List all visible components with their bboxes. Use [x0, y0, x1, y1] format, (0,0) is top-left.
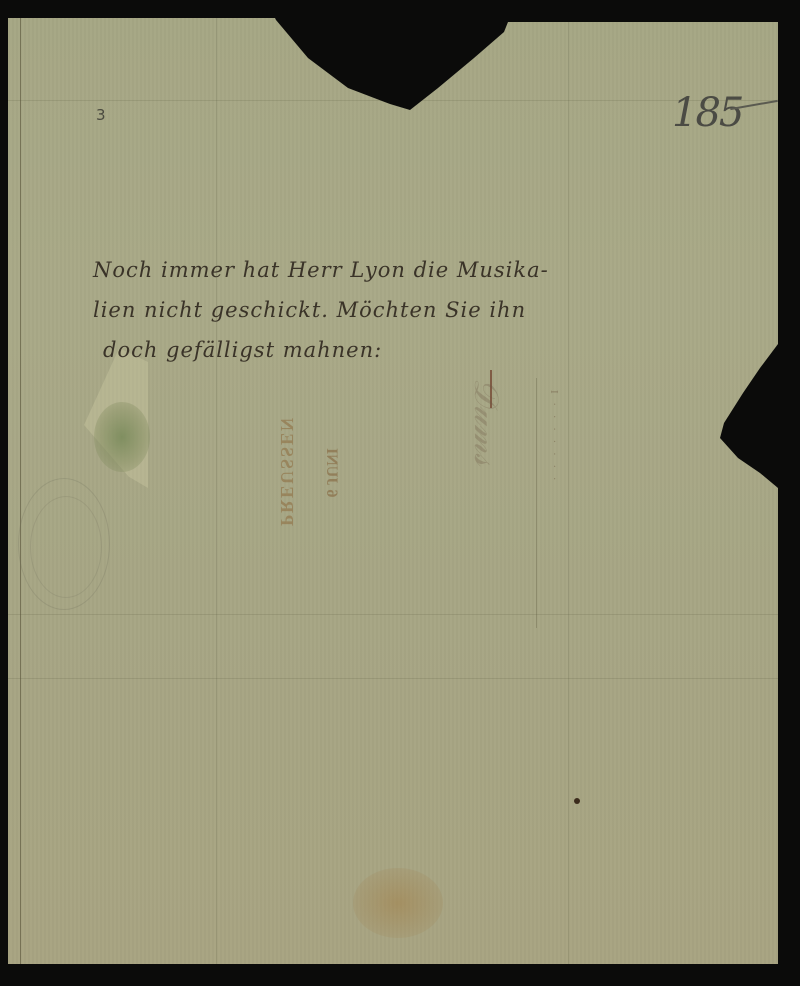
- text-line: lien nicht geschickt. Möchten Sie ihn: [93, 290, 783, 330]
- fold-line: [8, 614, 778, 615]
- text-line: Noch immer hat Herr Lyon die Musika-: [93, 250, 783, 290]
- letter-page: 3 185 Noch immer hat Herr Lyon die Musik…: [8, 18, 778, 964]
- bleed-through-rule: [536, 378, 537, 628]
- postal-stamp-line-2: 6 JUNI: [322, 448, 340, 497]
- wax-stain: [353, 868, 443, 938]
- postal-stamp-line-1: PREUSSEN: [276, 416, 297, 526]
- seal-impression-ghost-inner: [30, 496, 102, 598]
- margin-rule: [20, 18, 21, 964]
- fold-line: [568, 18, 569, 964]
- ink-dot: [574, 798, 580, 804]
- seal-stain: [94, 402, 150, 472]
- text-line: doch gefälligst mahnen:: [93, 330, 783, 370]
- bleed-through-address: 𝒟𝓊𝓂𝓈: [466, 378, 506, 466]
- letter-body: Noch immer hat Herr Lyon die Musika- lie…: [93, 250, 783, 370]
- bleed-through-vertical-text: I · · · · · · ·: [548, 390, 560, 484]
- fold-line: [8, 678, 778, 679]
- fold-line: [8, 100, 778, 101]
- folio-number-right: 185: [672, 90, 742, 136]
- folio-number-left: 3: [96, 106, 106, 124]
- scan-background: 3 185 Noch immer hat Herr Lyon die Musik…: [0, 0, 800, 986]
- fold-line: [216, 18, 217, 964]
